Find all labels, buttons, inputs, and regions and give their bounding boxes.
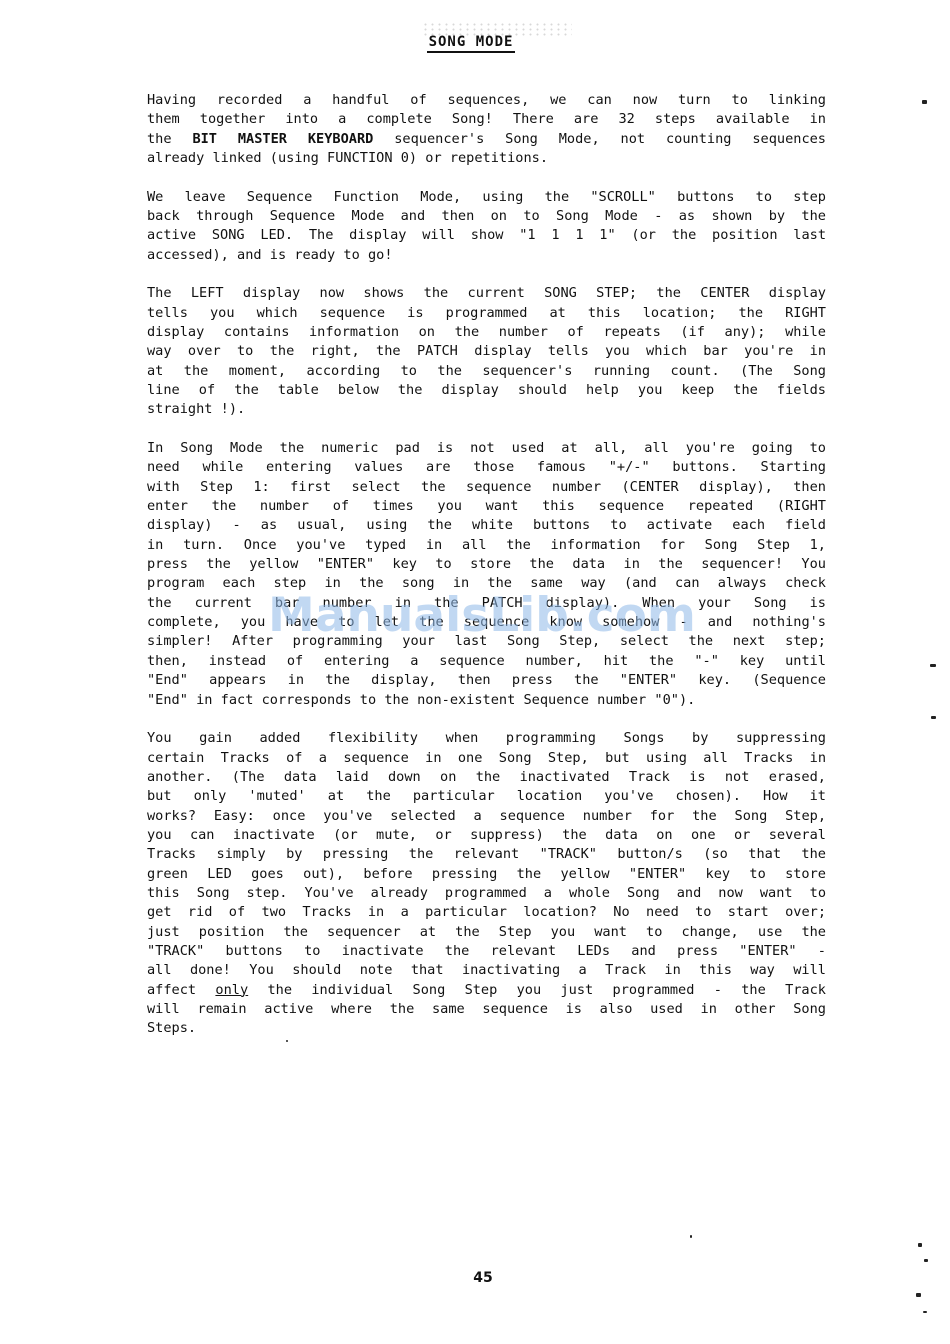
paragraph: The LEFT display now shows the current S…: [147, 284, 826, 419]
scan-speck: [931, 716, 936, 719]
text-line: already linked (using FUNCTION 0) or rep…: [147, 149, 826, 168]
text-line: program each step in the song in the sam…: [147, 574, 826, 593]
text-line: green LED goes out), before pressing the…: [147, 865, 826, 884]
text-line: You gain added flexibility when programm…: [147, 729, 826, 748]
text-line: back through Sequence Mode and then on t…: [147, 207, 826, 226]
emphasis-underline: only: [215, 982, 248, 998]
text-line: The LEFT display now shows the current S…: [147, 284, 826, 303]
text-line: them together into a complete Song! Ther…: [147, 110, 826, 129]
text-line: "End" in fact corresponds to the non-exi…: [147, 691, 826, 710]
text-line: the BIT MASTER KEYBOARD sequencer's Song…: [147, 130, 826, 149]
text-line: then, instead of entering a sequence num…: [147, 652, 826, 671]
text-line: active SONG LED. The display will show "…: [147, 226, 826, 245]
text-line: "End" appears in the display, then press…: [147, 671, 826, 690]
text-line: accessed), and is ready to go!: [147, 246, 826, 265]
text-line: need while entering values are those fam…: [147, 458, 826, 477]
paragraph: We leave Sequence Function Mode, using t…: [147, 188, 826, 265]
scan-speck: [918, 1243, 922, 1247]
text-line: but only 'muted' at the particular locat…: [147, 787, 826, 806]
text-line: line of the table below the display shou…: [147, 381, 826, 400]
text-line: at the moment, according to the sequence…: [147, 362, 826, 381]
text-line: works? Easy: once you've selected a sequ…: [147, 807, 826, 826]
text-line: We leave Sequence Function Mode, using t…: [147, 188, 826, 207]
scan-speck: [922, 100, 927, 104]
text-line: "TRACK" buttons to inactivate the releva…: [147, 942, 826, 961]
text-line: display contains information on the numb…: [147, 323, 826, 342]
scan-speck: [916, 1293, 921, 1297]
text-line: complete, you have to let the sequence k…: [147, 613, 826, 632]
text-line: will remain active where the same sequen…: [147, 1000, 826, 1019]
text-line: Steps.: [147, 1019, 826, 1038]
text-line: just position the sequencer at the Step …: [147, 923, 826, 942]
text-line: with Step 1: first select the sequence n…: [147, 478, 826, 497]
emphasis-bold: BIT MASTER KEYBOARD: [192, 131, 373, 147]
text-line: in turn. Once you've typed in all the in…: [147, 536, 826, 555]
text-line: all done! You should note that inactivat…: [147, 961, 826, 980]
text-line: In Song Mode the numeric pad is not used…: [147, 439, 826, 458]
text-line: straight !).: [147, 400, 826, 419]
paragraph: Having recorded a handful of sequences, …: [147, 91, 826, 168]
text-line: Having recorded a handful of sequences, …: [147, 91, 826, 110]
text-line: you can inactivate (or mute, or suppress…: [147, 826, 826, 845]
paragraph: You gain added flexibility when programm…: [147, 729, 826, 1039]
body-text: Having recorded a handful of sequences, …: [147, 91, 826, 1058]
scan-speck: [923, 1311, 927, 1313]
text-line: this Song step. You've already programme…: [147, 884, 826, 903]
text-line: enter the number of times you want this …: [147, 497, 826, 516]
text-line: Tracks simply by pressing the relevant "…: [147, 845, 826, 864]
text-line: simpler! After programming your last Son…: [147, 632, 826, 651]
page-number: 45: [0, 1270, 950, 1286]
text-line: get rid of two Tracks in a particular lo…: [147, 903, 826, 922]
text-line: way over to the right, the PATCH display…: [147, 342, 826, 361]
scan-speck: [286, 1040, 288, 1042]
text-line: display) - as usual, using the white but…: [147, 516, 826, 535]
scan-speck: [924, 1259, 928, 1262]
text-line: affect only the individual Song Step you…: [147, 981, 826, 1000]
scan-speck: [930, 664, 936, 667]
scan-speck: [690, 1235, 692, 1238]
text-line: the current bar number in the PATCH disp…: [147, 594, 826, 613]
page-title-text: SONG MODE: [427, 34, 516, 53]
text-line: press the yellow "ENTER" key to store th…: [147, 555, 826, 574]
text-line: tells you which sequence is programmed a…: [147, 304, 826, 323]
text-line: another. (The data laid down on the inac…: [147, 768, 826, 787]
text-line: certain Tracks of a sequence in one Song…: [147, 749, 826, 768]
paragraph: In Song Mode the numeric pad is not used…: [147, 439, 826, 710]
page-title: SONG MODE: [0, 34, 950, 53]
